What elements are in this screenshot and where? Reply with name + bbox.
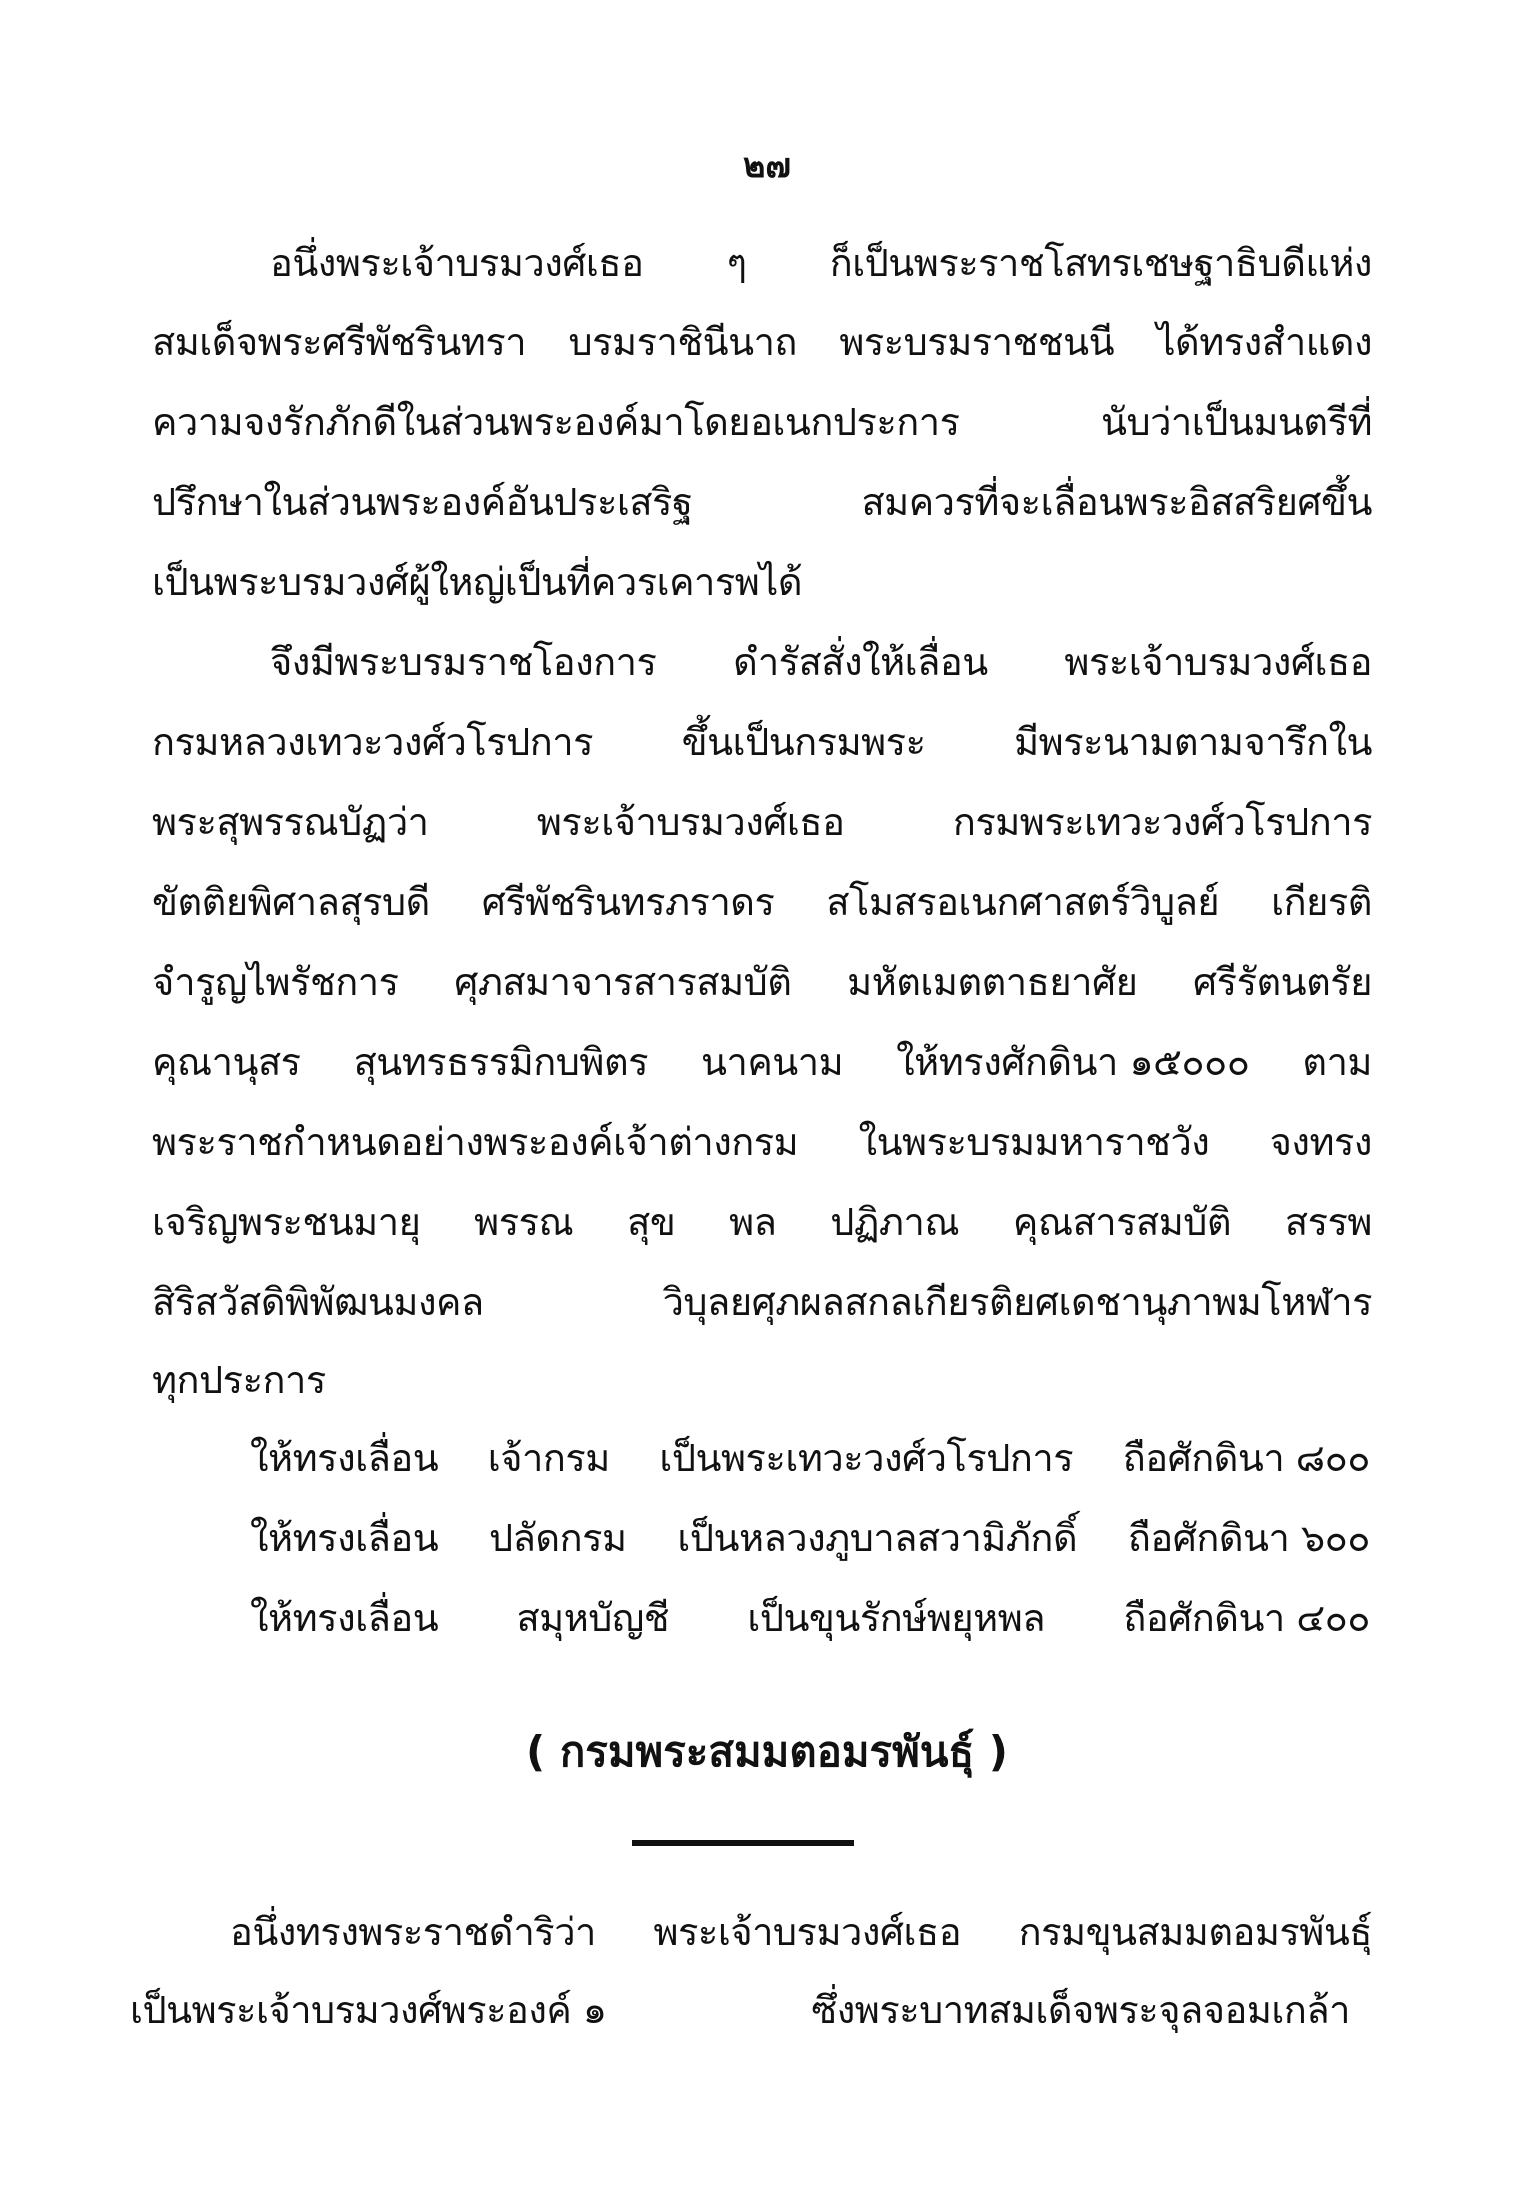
text: วิบุลยศุภผลสกลเกียรติยศเดชานุภาพมโหฬาร	[663, 1274, 1372, 1330]
text: เป็นพระเจ้าบรมวงศ์พระองค์ ๑	[130, 1982, 607, 2038]
order-title: เป็นหลวงภูบาลสวามิภักดิ์	[677, 1510, 1077, 1566]
text: สโมสรอเนกศาสตร์วิบูลย์	[826, 874, 1219, 930]
text: เป็นพระบรมวงศ์ผู้ใหญ่เป็นที่ควรเคารพได้	[152, 554, 802, 610]
text: สมควรที่จะเลื่อนพระอิสสริยศขึ้น	[861, 474, 1372, 530]
text: จงทรง	[1270, 1114, 1372, 1170]
text: ซึ่งพระบาทสมเด็จพระจุลจอมเกล้า	[811, 1982, 1350, 2038]
text: ศุภสมาจารสารสมบัติ	[454, 954, 791, 1010]
order-line-1: ให้ทรงเลื่อน เจ้ากรม เป็นพระเทวะวงศ์วโรป…	[250, 1430, 1370, 1486]
paragraph-2-line-10: ทุกประการ	[152, 1352, 1372, 1408]
paragraph-1-line-5: เป็นพระบรมวงศ์ผู้ใหญ่เป็นที่ควรเคารพได้	[152, 554, 1372, 610]
text: พล	[729, 1194, 776, 1250]
text: นาคนาม	[701, 1034, 843, 1090]
paragraph-2-line-2: กรมหลวงเทวะวงศ์วโรปการ ขึ้นเป็นกรมพระ มี…	[152, 714, 1372, 770]
text: ก็เป็นพระราชโสทรเชษฐาธิบดีแห่ง	[830, 235, 1372, 291]
text: คุณานุสร	[152, 1034, 301, 1090]
paragraph-2-line-8: เจริญพระชนมายุ พรรณ สุข พล ปฏิภาณ คุณสาร…	[152, 1194, 1372, 1250]
text: พระเจ้าบรมวงศ์เธอ	[653, 1904, 961, 1960]
text: ได้ทรงสำแดง	[1156, 314, 1372, 370]
order-prefix: ให้ทรงเลื่อน	[250, 1590, 438, 1646]
final-paragraph-line-2: เป็นพระเจ้าบรมวงศ์พระองค์ ๑ ซึ่งพระบาทสม…	[130, 1982, 1350, 2038]
text: ให้ทรงศักดินา ๑๕๐๐๐	[896, 1034, 1249, 1090]
order-sakdina: ถือศักดินา ๖๐๐	[1128, 1510, 1370, 1566]
text: สมเด็จพระศรีพัชรินทรา	[152, 314, 526, 370]
text: สิริสวัสดิพิพัฒนมงคล	[152, 1274, 484, 1330]
text: ศรีรัตนตรัย	[1193, 954, 1372, 1010]
text: สุนทรธรรมิกบพิตร	[354, 1034, 648, 1090]
text: พรรณ	[474, 1194, 573, 1250]
text: ศรีพัชรินทรภราดร	[482, 874, 775, 930]
section-heading: ( กรมพระสมมตอมรพันธุ์ )	[0, 1722, 1534, 1782]
order-person: สมุหบัญชี	[516, 1590, 669, 1646]
text: สรรพ	[1285, 1194, 1372, 1250]
order-sakdina: ถือศักดินา ๘๐๐	[1123, 1430, 1370, 1486]
paragraph-1-line-4: ปรึกษาในส่วนพระองค์อันประเสริฐ สมควรที่จ…	[152, 474, 1372, 530]
order-person: เจ้ากรม	[488, 1430, 610, 1486]
text: ตาม	[1302, 1034, 1372, 1090]
text: ปฏิภาณ	[830, 1194, 959, 1250]
text: ดำรัสสั่งให้เลื่อน	[733, 634, 988, 690]
text: กรมขุนสมมตอมรพันธุ์	[1019, 1904, 1372, 1960]
text: ขัตติยพิศาลสุรบดี	[152, 874, 430, 930]
order-line-3: ให้ทรงเลื่อน สมุหบัญชี เป็นขุนรักษ์พยุหพ…	[250, 1590, 1370, 1646]
paragraph-2-line-6: คุณานุสร สุนทรธรรมิกบพิตร นาคนาม ให้ทรงศ…	[152, 1034, 1372, 1090]
text: คุณสารสมบัติ	[1013, 1194, 1231, 1250]
text: บรมราชินีนาถ	[569, 314, 797, 370]
paragraph-1-line-1: อนึ่งพระเจ้าบรมวงศ์เธอ ๆ ก็เป็นพระราชโสท…	[270, 235, 1372, 291]
text: ทุกประการ	[152, 1352, 326, 1408]
order-sakdina: ถือศักดินา ๔๐๐	[1123, 1590, 1370, 1646]
paragraph-1-line-3: ความจงรักภักดีในส่วนพระองค์มาโดยอเนกประก…	[152, 394, 1372, 450]
text: พระสุพรรณบัฏว่า	[152, 794, 429, 850]
text: กรมหลวงเทวะวงศ์วโรปการ	[152, 714, 593, 770]
text: ปรึกษาในส่วนพระองค์อันประเสริฐ	[152, 474, 692, 530]
order-line-2: ให้ทรงเลื่อน ปลัดกรม เป็นหลวงภูบาลสวามิภ…	[250, 1510, 1370, 1566]
paragraph-2-line-9: สิริสวัสดิพิพัฒนมงคล วิบุลยศุภผลสกลเกียร…	[152, 1274, 1372, 1330]
text: พระเจ้าบรมวงศ์เธอ	[1064, 634, 1372, 690]
text: สุข	[627, 1194, 675, 1250]
text: พระบรมราชชนนี	[839, 314, 1114, 370]
final-paragraph-line-1: อนึ่งทรงพระราชดำริว่า พระเจ้าบรมวงศ์เธอ …	[230, 1904, 1372, 1960]
text: พระเจ้าบรมวงศ์เธอ	[537, 794, 845, 850]
page-number: ๒๗	[0, 138, 1534, 192]
text: จึงมีพระบรมราชโองการ	[270, 634, 656, 690]
text: ๆ	[727, 235, 747, 291]
text: พระราชกำหนดอย่างพระองค์เจ้าต่างกรม	[152, 1114, 798, 1170]
order-title: เป็นพระเทวะวงศ์วโรปการ	[659, 1430, 1073, 1486]
text: จำรูญไพรัชการ	[152, 954, 399, 1010]
order-prefix: ให้ทรงเลื่อน	[250, 1430, 438, 1486]
paragraph-2-line-4: ขัตติยพิศาลสุรบดี ศรีพัชรินทรภราดร สโมสร…	[152, 874, 1372, 930]
paragraph-1-line-2: สมเด็จพระศรีพัชรินทรา บรมราชินีนาถ พระบร…	[152, 314, 1372, 370]
text: มีพระนามตามจารึกใน	[1014, 714, 1372, 770]
paragraph-2-line-3: พระสุพรรณบัฏว่า พระเจ้าบรมวงศ์เธอ กรมพระ…	[152, 794, 1372, 850]
paragraph-2-line-5: จำรูญไพรัชการ ศุภสมาจารสารสมบัติ มหัตเมต…	[152, 954, 1372, 1010]
text: ความจงรักภักดีในส่วนพระองค์มาโดยอเนกประก…	[152, 394, 960, 450]
text: กรมพระเทวะวงศ์วโรปการ	[953, 794, 1372, 850]
paragraph-2-line-7: พระราชกำหนดอย่างพระองค์เจ้าต่างกรม ในพระ…	[152, 1114, 1372, 1170]
order-prefix: ให้ทรงเลื่อน	[250, 1510, 438, 1566]
text: ในพระบรมมหาราชวัง	[859, 1114, 1210, 1170]
order-title: เป็นขุนรักษ์พยุหพล	[747, 1590, 1045, 1646]
text: อนึ่งพระเจ้าบรมวงศ์เธอ	[270, 235, 643, 291]
text: เกียรติ	[1271, 874, 1372, 930]
text: มหัตเมตตาธยาศัย	[847, 954, 1137, 1010]
text: นับว่าเป็นมนตรีที่	[1101, 394, 1372, 450]
paragraph-2-line-1: จึงมีพระบรมราชโองการ ดำรัสสั่งให้เลื่อน …	[270, 634, 1372, 690]
divider-rule	[632, 1840, 854, 1846]
text: ขึ้นเป็นกรมพระ	[682, 714, 926, 770]
text: เจริญพระชนมายุ	[152, 1194, 420, 1250]
text: อนึ่งทรงพระราชดำริว่า	[230, 1904, 596, 1960]
order-person: ปลัดกรม	[489, 1510, 627, 1566]
